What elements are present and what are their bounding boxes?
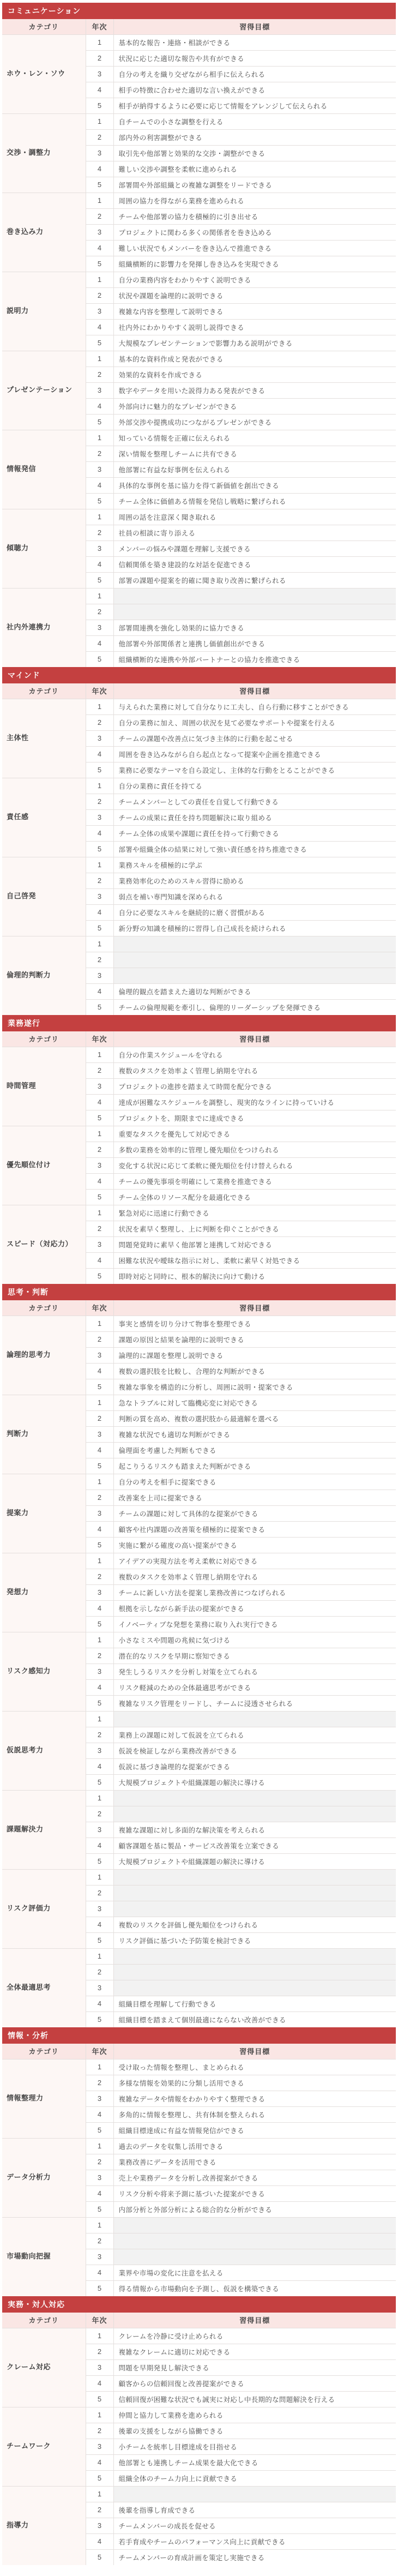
year-cell: 4: [86, 2106, 113, 2122]
column-header-goal: 習得目標: [113, 2313, 396, 2328]
year-cell: 2: [86, 2502, 113, 2518]
year-cell: 3: [86, 2170, 113, 2185]
year-cell: 5: [86, 2011, 113, 2027]
year-cell: 2: [86, 525, 113, 541]
goal-cell: 顧客や社内課題の改善策を積極的に提案できる: [113, 1521, 396, 1537]
goal-cell: 自分の業務内容をわかりやすく説明できる: [113, 272, 396, 287]
year-cell: 3: [86, 541, 113, 556]
goal-cell: 問題を早期発見し解決できる: [113, 2359, 396, 2375]
column-header-year: 年次: [86, 2044, 113, 2059]
year-cell: 1: [86, 34, 113, 50]
goal-cell: 基本的な報告・連絡・相談ができる: [113, 34, 396, 50]
goal-cell: 変化する状況に応じて柔軟に優先順位を付け替えられる: [113, 1157, 396, 1173]
goal-row: 巻き込み力1周囲の協力を得ながら業務を進められる: [2, 193, 396, 208]
year-cell: 5: [86, 335, 113, 351]
goal-cell: 複雑なクレームに適切に対応できる: [113, 2344, 396, 2359]
year-cell: 5: [86, 1774, 113, 1790]
year-cell: 3: [86, 1584, 113, 1600]
goal-cell: 複雑な課題に対し多面的な解決策を考えられる: [113, 1822, 396, 1838]
column-header-row: カテゴリ年次習得目標: [2, 19, 396, 34]
category-cell: 全体最適思考: [2, 1948, 86, 2027]
year-cell: 5: [86, 256, 113, 272]
year-cell: 3: [86, 303, 113, 319]
year-cell: 2: [86, 1964, 113, 1980]
goal-row: 時間管理1自分の作業スケジュールを守れる: [2, 1047, 396, 1062]
section-header: コミュニケーション: [2, 3, 396, 19]
column-header-category: カテゴリ: [2, 19, 86, 34]
year-cell: 3: [86, 809, 113, 825]
column-header-row: カテゴリ年次習得目標: [2, 683, 396, 699]
year-cell: 1: [86, 351, 113, 367]
year-cell: 4: [86, 1442, 113, 1458]
year-cell: 1: [86, 272, 113, 287]
goal-cell: リスク分析や将来予測に基づいた提案ができる: [113, 2185, 396, 2201]
goal-cell: チームの優先事項を明確にして業務を推進できる: [113, 1173, 396, 1189]
year-cell: 4: [86, 1363, 113, 1379]
year-cell: 2: [86, 1806, 113, 1822]
goal-row: 課題解決力1: [2, 1790, 396, 1806]
column-header-category: カテゴリ: [2, 1300, 86, 1316]
year-cell: 5: [86, 651, 113, 667]
goal-row: 発想力1アイデアの実現方法を考え柔軟に対応できる: [2, 1553, 396, 1569]
category-cell: スピード（対応力）: [2, 1205, 86, 1284]
goal-cell: チームの成果に責任を持ち問題解決に取り組める: [113, 809, 396, 825]
goal-cell-empty: [113, 952, 396, 968]
goal-cell: 達成が困難なスケジュールを調整し、現実的なラインに持っていける: [113, 1094, 396, 1110]
goal-cell: 他部署や外部関係者と連携し価値創出ができる: [113, 635, 396, 651]
goal-cell: 急なトラブルに対して臨機応変に対応できる: [113, 1395, 396, 1410]
year-cell: 4: [86, 904, 113, 920]
year-cell: 3: [86, 145, 113, 161]
goal-cell: 大規模なプレゼンテーションで影響力ある説明ができる: [113, 335, 396, 351]
year-cell: 1: [86, 1395, 113, 1410]
goal-cell: チーム全体に価値ある情報を発信し戦略に繋げられる: [113, 493, 396, 509]
year-cell: 5: [86, 1616, 113, 1632]
year-cell: 3: [86, 1426, 113, 1442]
goal-cell: 組織目標を踏まえて個別最適にならない改善ができる: [113, 2011, 396, 2027]
goal-cell: 即時対応と同時に、根本的解決に向けて動ける: [113, 1268, 396, 1284]
year-cell: 1: [86, 1948, 113, 1964]
goal-cell: アイデアの実現方法を考え柔軟に対応できる: [113, 1553, 396, 1569]
category-cell: 論理的思考力: [2, 1316, 86, 1395]
goal-cell: 組織横断的な連携や外部パートナーとの協力を推進できる: [113, 651, 396, 667]
year-cell: 2: [86, 1727, 113, 1743]
column-header-category: カテゴリ: [2, 2313, 86, 2328]
goal-cell: チームに新しい方法を提案し業務改善につなげられる: [113, 1584, 396, 1600]
year-cell: 4: [86, 983, 113, 999]
goal-cell: 自分に必要なスキルを継続的に磨く習慣がある: [113, 904, 396, 920]
category-cell: チームワーク: [2, 2407, 86, 2486]
goal-cell: 深い情報を整理しチームに共有できる: [113, 446, 396, 461]
column-header-year: 年次: [86, 1031, 113, 1047]
goal-cell: 周囲の協力を得ながら業務を進められる: [113, 193, 396, 208]
year-cell: 5: [86, 2122, 113, 2138]
year-cell: 1: [86, 1553, 113, 1569]
goal-row: クレーム対応1クレームを冷静に受け止められる: [2, 2328, 396, 2344]
year-cell: 4: [86, 825, 113, 841]
year-cell: 2: [86, 1410, 113, 1426]
goal-cell: 複雑な状況でも適切な判断ができる: [113, 1426, 396, 1442]
goal-cell: 社員の相談に寄り添える: [113, 525, 396, 541]
category-cell: 時間管理: [2, 1047, 86, 1126]
goal-cell-empty: [113, 1885, 396, 1901]
category-cell: ホウ・レン・ソウ: [2, 34, 86, 113]
year-cell: 1: [86, 2486, 113, 2502]
goal-cell: 大規模プロジェクトや組織課題の解決に導ける: [113, 1774, 396, 1790]
goal-row: 提案力1自分の考えを相手に提案できる: [2, 1474, 396, 1490]
year-cell: 1: [86, 430, 113, 446]
goal-cell: 複雑なリスク管理をリードし、チームに浸透させられる: [113, 1695, 396, 1711]
year-cell: 2: [86, 2154, 113, 2170]
year-cell: 4: [86, 1917, 113, 1932]
goal-cell: 後輩の支援をしながら協働できる: [113, 2423, 396, 2439]
year-cell: 3: [86, 620, 113, 635]
goal-cell: 難しい交渉や調整を柔軟に進められる: [113, 161, 396, 177]
year-cell: 3: [86, 730, 113, 746]
category-cell: 優先順位付け: [2, 1126, 86, 1205]
goal-cell-empty: [113, 1806, 396, 1822]
goal-cell: 実施に繋がる確度の高い提案ができる: [113, 1537, 396, 1553]
category-cell: リスク感知力: [2, 1632, 86, 1711]
column-header-category: カテゴリ: [2, 683, 86, 699]
year-cell: 3: [86, 1664, 113, 1679]
category-cell: 発想力: [2, 1553, 86, 1632]
year-cell: 4: [86, 1094, 113, 1110]
goal-row: プレゼンテーション1基本的な資料作成と発表ができる: [2, 351, 396, 367]
goal-cell: チームの倫理規範を牽引し、倫理的リーダーシップを発揮できる: [113, 999, 396, 1015]
goal-cell: 数字やデータを用いた説得力ある発表ができる: [113, 382, 396, 398]
category-cell: 交渉・調整力: [2, 113, 86, 193]
column-header-goal: 習得目標: [113, 19, 396, 34]
goal-row: 主体性1与えられた業務に対して自分なりに工夫し、自ら行動に移すことができる: [2, 699, 396, 714]
goal-cell: 複数のタスクを効率よく管理し納期を守れる: [113, 1062, 396, 1078]
goal-cell: 多様な情報を効果的に分類し活用できる: [113, 2075, 396, 2091]
year-cell: 5: [86, 1110, 113, 1126]
section-table: カテゴリ年次習得目標情報整理力1受け取った情報を整理し、まとめられる2多様な情報…: [2, 2044, 396, 2296]
year-cell: 2: [86, 794, 113, 809]
goal-cell-empty: [113, 588, 396, 604]
goal-cell: 困難な状況や曖昧な指示に対し、柔軟に素早く対処できる: [113, 1252, 396, 1268]
year-cell: 4: [86, 2454, 113, 2470]
year-cell: 5: [86, 1932, 113, 1948]
goal-cell: プロジェクトに関わる多くの関係者を巻き込める: [113, 224, 396, 240]
year-cell: 3: [86, 382, 113, 398]
goal-cell: 自分の考えを織り交ぜながら相手に伝えられる: [113, 66, 396, 82]
goal-cell: 複雑な事象を構造的に分析し、周囲に説明・提案できる: [113, 1379, 396, 1395]
goal-cell-empty: [113, 2486, 396, 2502]
goal-cell: 複数の選択肢を比較し、合理的な判断ができる: [113, 1363, 396, 1379]
goal-cell: 部署や組織全体の結果に対して強い責任感を持ち推進できる: [113, 841, 396, 857]
year-cell: 3: [86, 968, 113, 983]
category-cell: データ分析力: [2, 2138, 86, 2217]
year-cell: 1: [86, 1790, 113, 1806]
goal-cell-empty: [113, 1901, 396, 1917]
year-cell: 1: [86, 2407, 113, 2423]
goal-cell: チーム全体の成果や課題に責任を持って行動できる: [113, 825, 396, 841]
goal-row: リスク感知力1小さなミスや問題の兆候に気づける: [2, 1632, 396, 1648]
year-cell: 1: [86, 2328, 113, 2344]
year-cell: 4: [86, 1173, 113, 1189]
year-cell: 5: [86, 177, 113, 193]
goal-cell: 業務に必要なテーマを自ら設定し、主体的な行動をとることができる: [113, 762, 396, 778]
goal-cell: 社内外にわかりやすく説明し説得できる: [113, 319, 396, 335]
year-cell: 5: [86, 920, 113, 936]
goal-cell: リスク軽減のための全体最適思考ができる: [113, 1679, 396, 1695]
goal-cell: プロジェクトを、期限までに達成できる: [113, 1110, 396, 1126]
year-cell: 3: [86, 2359, 113, 2375]
goal-cell: 他部署に有益な好事例を伝えられる: [113, 461, 396, 477]
goal-cell: チームの課題や改善点に気づき主体的に行動を起こせる: [113, 730, 396, 746]
goal-cell: 業務効率化のためのスキル習得に励める: [113, 873, 396, 888]
goal-cell: 小さなミスや問題の兆候に気づける: [113, 1632, 396, 1648]
column-header-row: カテゴリ年次習得目標: [2, 1031, 396, 1047]
goal-cell: 根拠を示しながら新手法の提案ができる: [113, 1600, 396, 1616]
year-cell: 2: [86, 287, 113, 303]
goal-cell: チームや他部署の協力を積極的に引き出せる: [113, 208, 396, 224]
goal-cell: 相手が納得するように必要に応じて情報をアレンジして伝えられる: [113, 98, 396, 113]
category-cell: 情報発信: [2, 430, 86, 509]
year-cell: 3: [86, 1980, 113, 1996]
goal-cell: 潜在的なリスクを早期に察知できる: [113, 1648, 396, 1664]
year-cell: 1: [86, 509, 113, 525]
goal-row: 説明力1自分の業務内容をわかりやすく説明できる: [2, 272, 396, 287]
year-cell: 3: [86, 1505, 113, 1521]
goal-cell-empty: [113, 1964, 396, 1980]
goal-cell: 事実と感情を切り分けて物事を整理できる: [113, 1316, 396, 1331]
goal-cell: 複数のタスクを効率よく管理し納期を守れる: [113, 1569, 396, 1584]
section-table: カテゴリ年次習得目標時間管理1自分の作業スケジュールを守れる2複数のタスクを効率…: [2, 1031, 396, 1284]
year-cell: 2: [86, 2423, 113, 2439]
year-cell: 3: [86, 224, 113, 240]
year-cell: 5: [86, 1695, 113, 1711]
category-cell: 市場動向把握: [2, 2217, 86, 2296]
year-cell: 1: [86, 1632, 113, 1648]
goal-row: データ分析力1過去のデータを収集し活用できる: [2, 2138, 396, 2154]
goal-cell-empty: [113, 1711, 396, 1727]
column-header-year: 年次: [86, 1300, 113, 1316]
year-cell: 4: [86, 635, 113, 651]
section-header: 実務・対人対応: [2, 2296, 396, 2313]
year-cell: 2: [86, 1331, 113, 1347]
year-cell: 4: [86, 1679, 113, 1695]
section-table: カテゴリ年次習得目標主体性1与えられた業務に対して自分なりに工夫し、自ら行動に移…: [2, 683, 396, 1015]
category-cell: 自己啓発: [2, 857, 86, 936]
goal-cell: 部署間連携を強化し効果的に協力できる: [113, 620, 396, 635]
section-header: 業務遂行: [2, 1015, 396, 1031]
year-cell: 1: [86, 1047, 113, 1062]
year-cell: 5: [86, 762, 113, 778]
year-cell: 2: [86, 367, 113, 382]
section-table: カテゴリ年次習得目標クレーム対応1クレームを冷静に受け止められる2複雑なクレーム…: [2, 2313, 396, 2565]
goal-cell-empty: [113, 936, 396, 952]
category-cell: 提案力: [2, 1474, 86, 1553]
goal-cell: チームメンバーの育成計画を策定し実施できる: [113, 2549, 396, 2565]
year-cell: 1: [86, 193, 113, 208]
category-cell: 課題解決力: [2, 1790, 86, 1869]
year-cell: 3: [86, 1347, 113, 1363]
year-cell: 3: [86, 1078, 113, 1094]
goal-cell-empty: [113, 604, 396, 620]
goal-cell: 仮説を検証しながら業務改善ができる: [113, 1743, 396, 1758]
year-cell: 4: [86, 1996, 113, 2011]
goal-cell: 弱点を補い専門知識を深められる: [113, 888, 396, 904]
goal-row: 市場動向把握1: [2, 2217, 396, 2233]
category-cell: 判断力: [2, 1395, 86, 1474]
goal-cell: 顧客からの信頼回復と改善提案ができる: [113, 2375, 396, 2391]
year-cell: 5: [86, 1379, 113, 1395]
year-cell: 5: [86, 572, 113, 588]
goal-cell: 業務上の課題に対して仮説を立てられる: [113, 1727, 396, 1743]
year-cell: 4: [86, 556, 113, 572]
goal-cell: 相手の特徴に合わせた適切な言い換えができる: [113, 82, 396, 98]
year-cell: 3: [86, 2091, 113, 2106]
year-cell: 3: [86, 1822, 113, 1838]
goal-row: 傾聴力1周囲の話を注意深く聞き取れる: [2, 509, 396, 525]
year-cell: 5: [86, 414, 113, 430]
goal-row: 情報発信1知っている情報を正確に伝えられる: [2, 430, 396, 446]
year-cell: 1: [86, 936, 113, 952]
goal-cell: 後輩を指導し育成できる: [113, 2502, 396, 2518]
goal-cell: 複雑な内容を整理して説明できる: [113, 303, 396, 319]
goal-cell: 組織目標達成に有益な情報発信ができる: [113, 2122, 396, 2138]
goal-cell: 顧客課題を基に製品・サービス改善策を立案できる: [113, 1838, 396, 1853]
goal-cell: 改善案を上司に提案できる: [113, 1490, 396, 1505]
year-cell: 2: [86, 446, 113, 461]
year-cell: 5: [86, 1189, 113, 1205]
goal-cell: 起こりうるリスクも踏まえた判断ができる: [113, 1458, 396, 1474]
year-cell: 4: [86, 1600, 113, 1616]
goal-cell: 他部署とも連携しチーム成果を最大化できる: [113, 2454, 396, 2470]
year-cell: 3: [86, 66, 113, 82]
goal-cell: クレームを冷静に受け止められる: [113, 2328, 396, 2344]
year-cell: 4: [86, 2265, 113, 2280]
year-cell: 2: [86, 1221, 113, 1236]
year-cell: 4: [86, 1252, 113, 1268]
year-cell: 2: [86, 952, 113, 968]
goal-cell: 仮説に基づき論理的な提案ができる: [113, 1758, 396, 1774]
year-cell: 2: [86, 1142, 113, 1157]
goal-cell: 外部交渉や提携成功につながるプレゼンができる: [113, 414, 396, 430]
column-header-year: 年次: [86, 2313, 113, 2328]
year-cell: 2: [86, 714, 113, 730]
goal-cell: 重要なタスクを優先して対応できる: [113, 1126, 396, 1142]
year-cell: 1: [86, 2138, 113, 2154]
year-cell: 3: [86, 1157, 113, 1173]
goal-cell: 自チームでの小さな調整を行える: [113, 113, 396, 129]
goal-cell: 内部分析と外部分析による総合的な分析ができる: [113, 2201, 396, 2217]
goal-cell: リスク評価に基づいた予防策を検討できる: [113, 1932, 396, 1948]
goal-cell: 業界や市場の変化に注意を払える: [113, 2265, 396, 2280]
goal-row: ホウ・レン・ソウ1基本的な報告・連絡・相談ができる: [2, 34, 396, 50]
year-cell: 4: [86, 746, 113, 762]
goal-cell-empty: [113, 968, 396, 983]
section-header: マインド: [2, 667, 396, 683]
column-header-goal: 習得目標: [113, 2044, 396, 2059]
goal-cell: 複雑なデータや情報をわかりやすく整理できる: [113, 2091, 396, 2106]
goal-cell-empty: [113, 1948, 396, 1964]
goal-cell: 組織全体のチーム力向上に貢献できる: [113, 2470, 396, 2486]
year-cell: 2: [86, 604, 113, 620]
year-cell: 5: [86, 999, 113, 1015]
goal-cell: 周囲の話を注意深く聞き取れる: [113, 509, 396, 525]
goal-cell: プロジェクトの進捗を踏まえて時間を配分できる: [113, 1078, 396, 1094]
year-cell: 2: [86, 1885, 113, 1901]
column-header-row: カテゴリ年次習得目標: [2, 1300, 396, 1316]
year-cell: 2: [86, 129, 113, 145]
goal-cell: 課題の原因と結果を論理的に説明できる: [113, 1331, 396, 1347]
goal-cell-empty: [113, 1980, 396, 1996]
goal-cell: 自分の業務に加え、周囲の状況を見て必要なサポートや提案を行える: [113, 714, 396, 730]
year-cell: 3: [86, 461, 113, 477]
goal-cell: 信頼回復が困難な状況でも誠実に対応し中長期的な問題解決を行える: [113, 2391, 396, 2407]
goal-cell: 倫理面を考慮した判断もできる: [113, 1442, 396, 1458]
goal-cell: チームメンバーの成長を促せる: [113, 2518, 396, 2533]
goal-cell: 周囲を巻き込みながら自ら起点となって提案や企画を推進できる: [113, 746, 396, 762]
goal-cell: 受け取った情報を整理し、まとめられる: [113, 2059, 396, 2075]
column-header-goal: 習得目標: [113, 1300, 396, 1316]
goal-row: チームワーク1仲間と協力して業務を進められる: [2, 2407, 396, 2423]
goal-cell: 多数の業務を効率的に管理し優先順位をつけられる: [113, 1142, 396, 1157]
year-cell: 3: [86, 888, 113, 904]
year-cell: 5: [86, 2391, 113, 2407]
goal-cell: 若手育成やチームのパフォーマンス向上に貢献できる: [113, 2533, 396, 2549]
goal-cell: 複数のリスクを評価し優先順位をつけられる: [113, 1917, 396, 1932]
year-cell: 1: [86, 857, 113, 873]
category-cell: 倫理的判断力: [2, 936, 86, 1015]
year-cell: 2: [86, 1062, 113, 1078]
year-cell: 1: [86, 2059, 113, 2075]
section-header: 思考・判断: [2, 1284, 396, 1300]
goal-cell: 自分の作業スケジュールを守れる: [113, 1047, 396, 1062]
category-cell: 傾聴力: [2, 509, 86, 588]
goal-cell: 小チームを統率し目標達成を目指せる: [113, 2439, 396, 2454]
goal-row: 論理的思考力1事実と感情を切り分けて物事を整理できる: [2, 1316, 396, 1331]
goal-cell: 売上や業務データを分析し改善提案ができる: [113, 2170, 396, 2185]
goal-cell: 与えられた業務に対して自分なりに工夫し、自ら行動に移すことができる: [113, 699, 396, 714]
year-cell: 4: [86, 398, 113, 414]
goal-cell-empty: [113, 2249, 396, 2265]
goal-cell: 組織目標を理解して行動できる: [113, 1996, 396, 2011]
category-cell: 主体性: [2, 699, 86, 778]
year-cell: 4: [86, 82, 113, 98]
goal-cell: 部署間や外部組織との複雑な調整をリードできる: [113, 177, 396, 193]
year-cell: 2: [86, 873, 113, 888]
goal-row: 判断力1急なトラブルに対して臨機応変に対応できる: [2, 1395, 396, 1410]
goal-cell: 業務改善にデータを活用できる: [113, 2154, 396, 2170]
goal-cell: チームの課題に対して具体的な提案ができる: [113, 1505, 396, 1521]
section-table: カテゴリ年次習得目標論理的思考力1事実と感情を切り分けて物事を整理できる2課題の…: [2, 1300, 396, 2027]
goal-cell: 自分の業務に責任を持てる: [113, 778, 396, 794]
goal-cell: 基本的な資料作成と発表ができる: [113, 351, 396, 367]
year-cell: 5: [86, 2470, 113, 2486]
year-cell: 2: [86, 50, 113, 66]
goal-cell: 倫理的観点を踏まえた適切な判断ができる: [113, 983, 396, 999]
goal-cell-empty: [113, 1869, 396, 1885]
year-cell: 2: [86, 208, 113, 224]
year-cell: 4: [86, 477, 113, 493]
goal-row: スピード（対応力）1緊急対応に迅速に行動できる: [2, 1205, 396, 1221]
goal-cell: 問題発覚時に素早く他部署と連携して対応できる: [113, 1236, 396, 1252]
goal-cell: 判断の質を高め、複数の選択肢から最適解を選べる: [113, 1410, 396, 1426]
year-cell: 1: [86, 1316, 113, 1331]
year-cell: 3: [86, 2439, 113, 2454]
column-header-category: カテゴリ: [2, 2044, 86, 2059]
section-header: 情報・分析: [2, 2027, 396, 2044]
goal-cell: 過去のデータを収集し活用できる: [113, 2138, 396, 2154]
goal-cell: 難しい状況でもメンバーを巻き込んで推進できる: [113, 240, 396, 256]
column-header-category: カテゴリ: [2, 1031, 86, 1047]
goal-cell: チームメンバーとしての責任を自覚して行動できる: [113, 794, 396, 809]
